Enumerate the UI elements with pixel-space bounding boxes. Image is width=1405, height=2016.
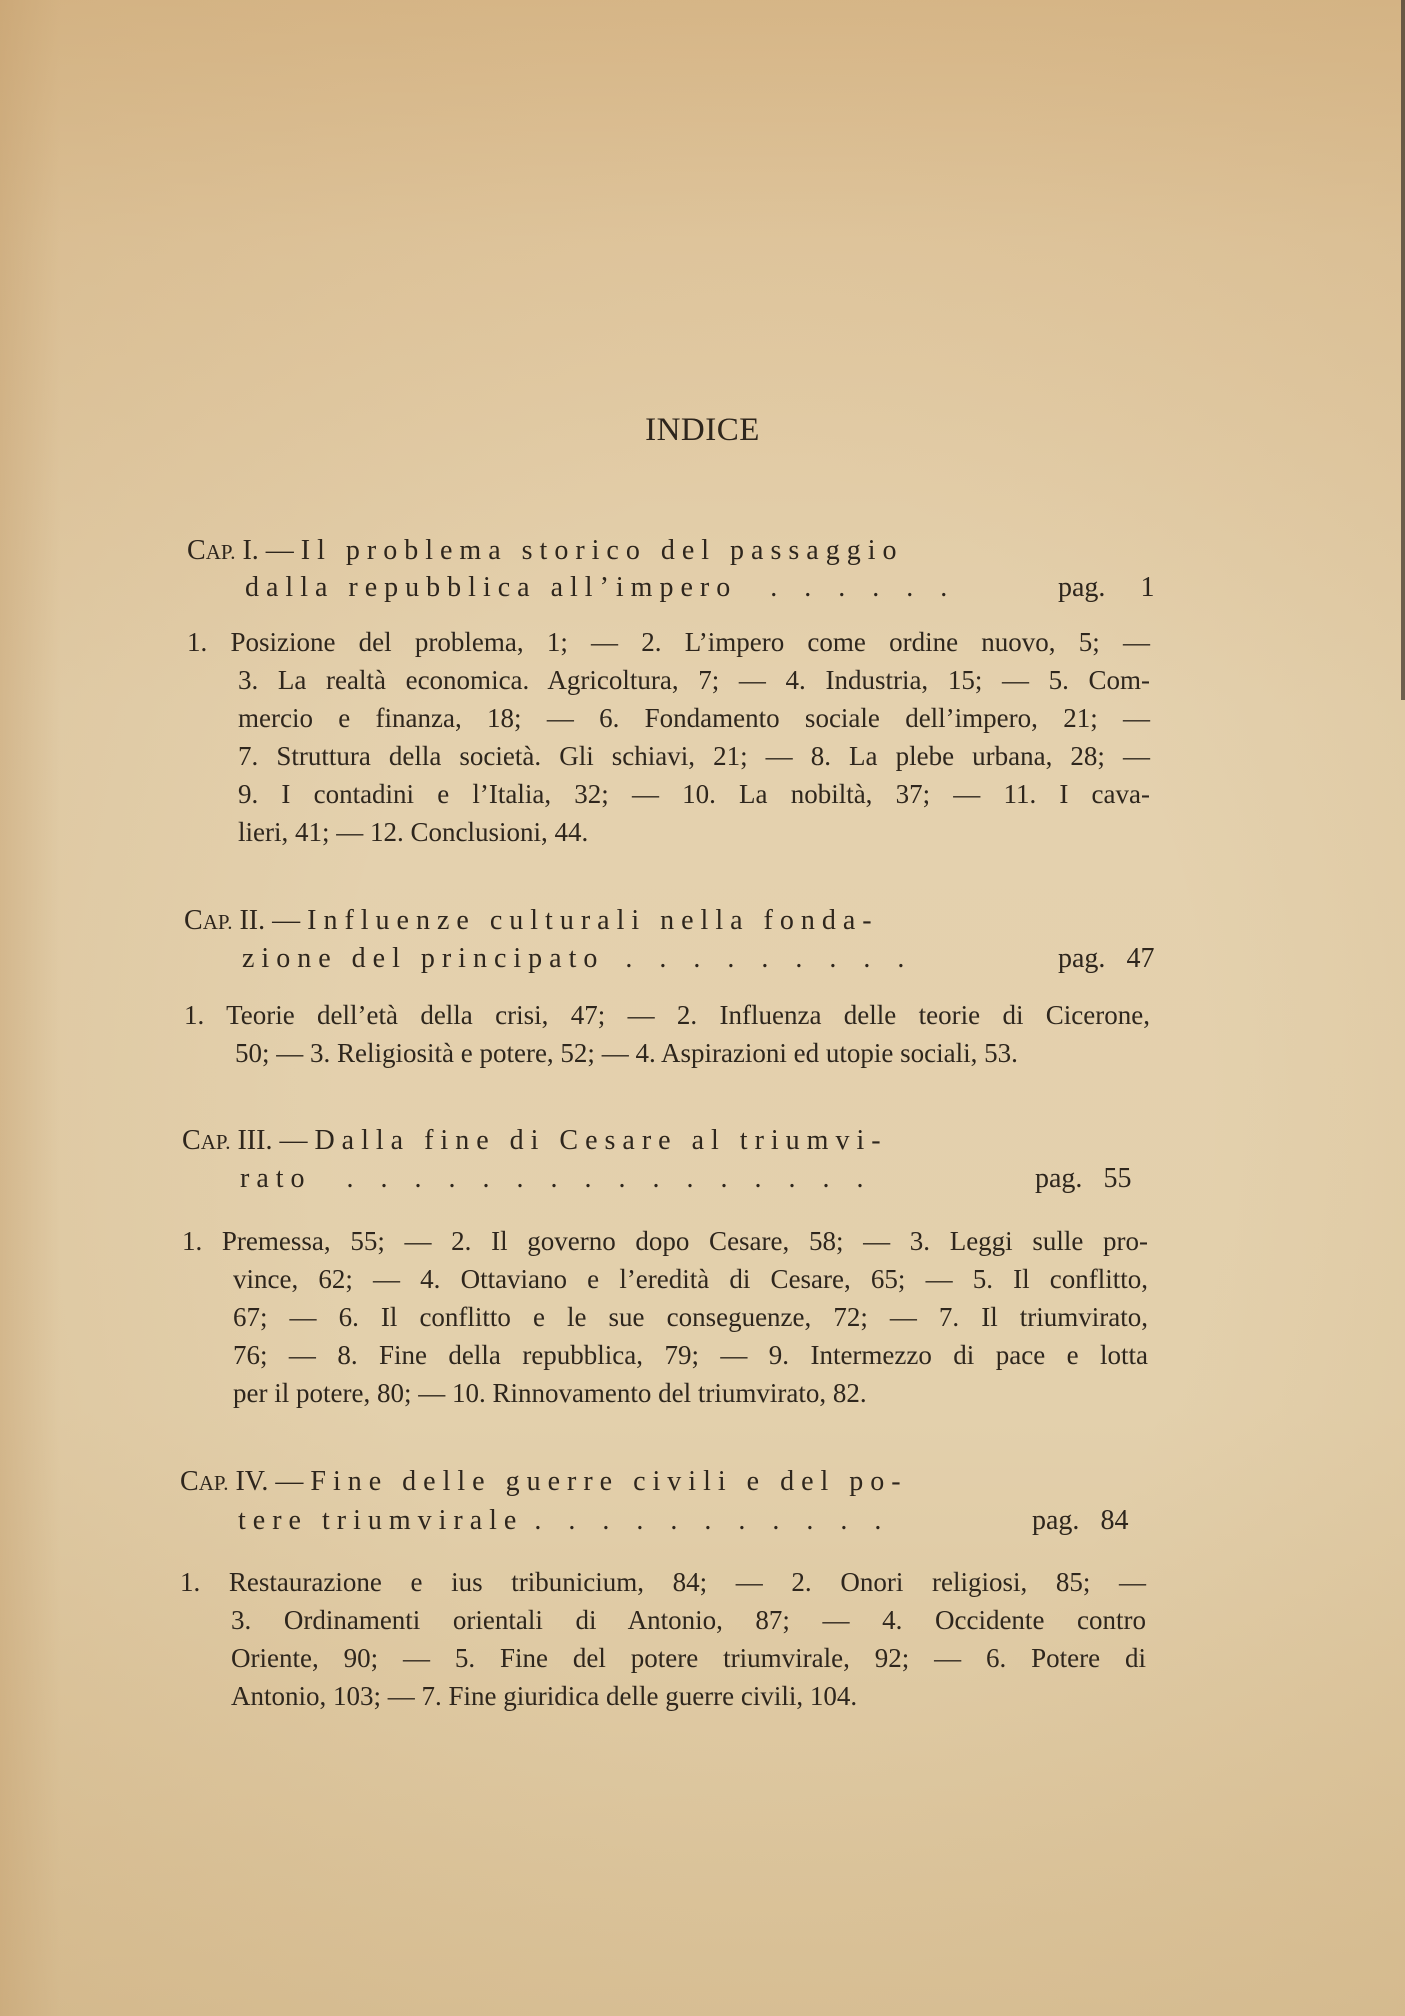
chapter-heading-line-1: CAP. III. — Dalla fine di Cesare al triu… [182,1125,888,1157]
chapter-title: Dalla fine di Cesare al triumvi- [314,1125,887,1156]
dot-leader: . . . . . . [770,572,957,603]
chapter-title-cont: rato [240,1163,312,1194]
chapter-title: Fine delle guerre civili e del po- [310,1466,907,1497]
chapter-heading-line-1: CAP. II. — Influenze culturali nella fon… [184,905,879,937]
section-list: 1. Premessa, 55; — 2. Il governo dopo Ce… [182,1222,1148,1412]
chapter-title-cont: tere triumvirale [238,1505,523,1536]
page-shadow-left [0,0,60,2016]
page-edge-right [1401,0,1405,700]
chapter-title-cont: zione del principato [242,943,604,974]
page-title: INDICE [0,412,1405,449]
chapter-title: Il problema storico del passaggio [301,535,904,566]
chapter-heading-line-2: tere triumvirale . . . . . . . . . . . [238,1505,891,1537]
chapter-title-cont: dalla repubblica all’impero [245,572,737,603]
section-list: 1. Restaurazione e ius tribunicium, 84; … [180,1563,1146,1715]
chapter-title: Influenze culturali nella fonda- [307,905,879,936]
dot-leader: . . . . . . . . . . . [534,1505,891,1536]
page-number: 55 [1103,1163,1131,1194]
dot-leader: . . . . . . . . . [625,943,914,974]
page-number: 47 [1126,943,1154,974]
chapter-heading-line-1: CAP. I. — Il problema storico del passag… [187,535,903,567]
section-list: 1. Posizione del problema, 1; — 2. L’imp… [187,623,1150,851]
page-number: 84 [1100,1505,1128,1536]
chapter-heading-line-2: dalla repubblica all’impero . . . . . . [245,572,957,604]
page-reference: pag. 84 [1032,1505,1128,1537]
chapter-heading-line-2: rato . . . . . . . . . . . . . . . . [240,1163,874,1195]
chapter-label: CAP. IV. — [180,1466,303,1497]
chapter-label: CAP. I. — [187,535,294,566]
dot-leader: . . . . . . . . . . . . . . . . [347,1163,874,1194]
chapter-label: CAP. III. — [182,1125,307,1156]
chapter-label: CAP. II. — [184,905,300,936]
page-reference: pag. 47 [1058,943,1154,975]
chapter-heading-line-2: zione del principato . . . . . . . . . [242,943,914,975]
page-reference: pag. 55 [1035,1163,1131,1195]
page-reference: pag. 1 [1058,572,1154,604]
section-list: 1. Teorie dell’età della crisi, 47; — 2.… [184,996,1150,1072]
page-number: 1 [1140,572,1154,603]
chapter-heading-line-1: CAP. IV. — Fine delle guerre civili e de… [180,1466,908,1498]
